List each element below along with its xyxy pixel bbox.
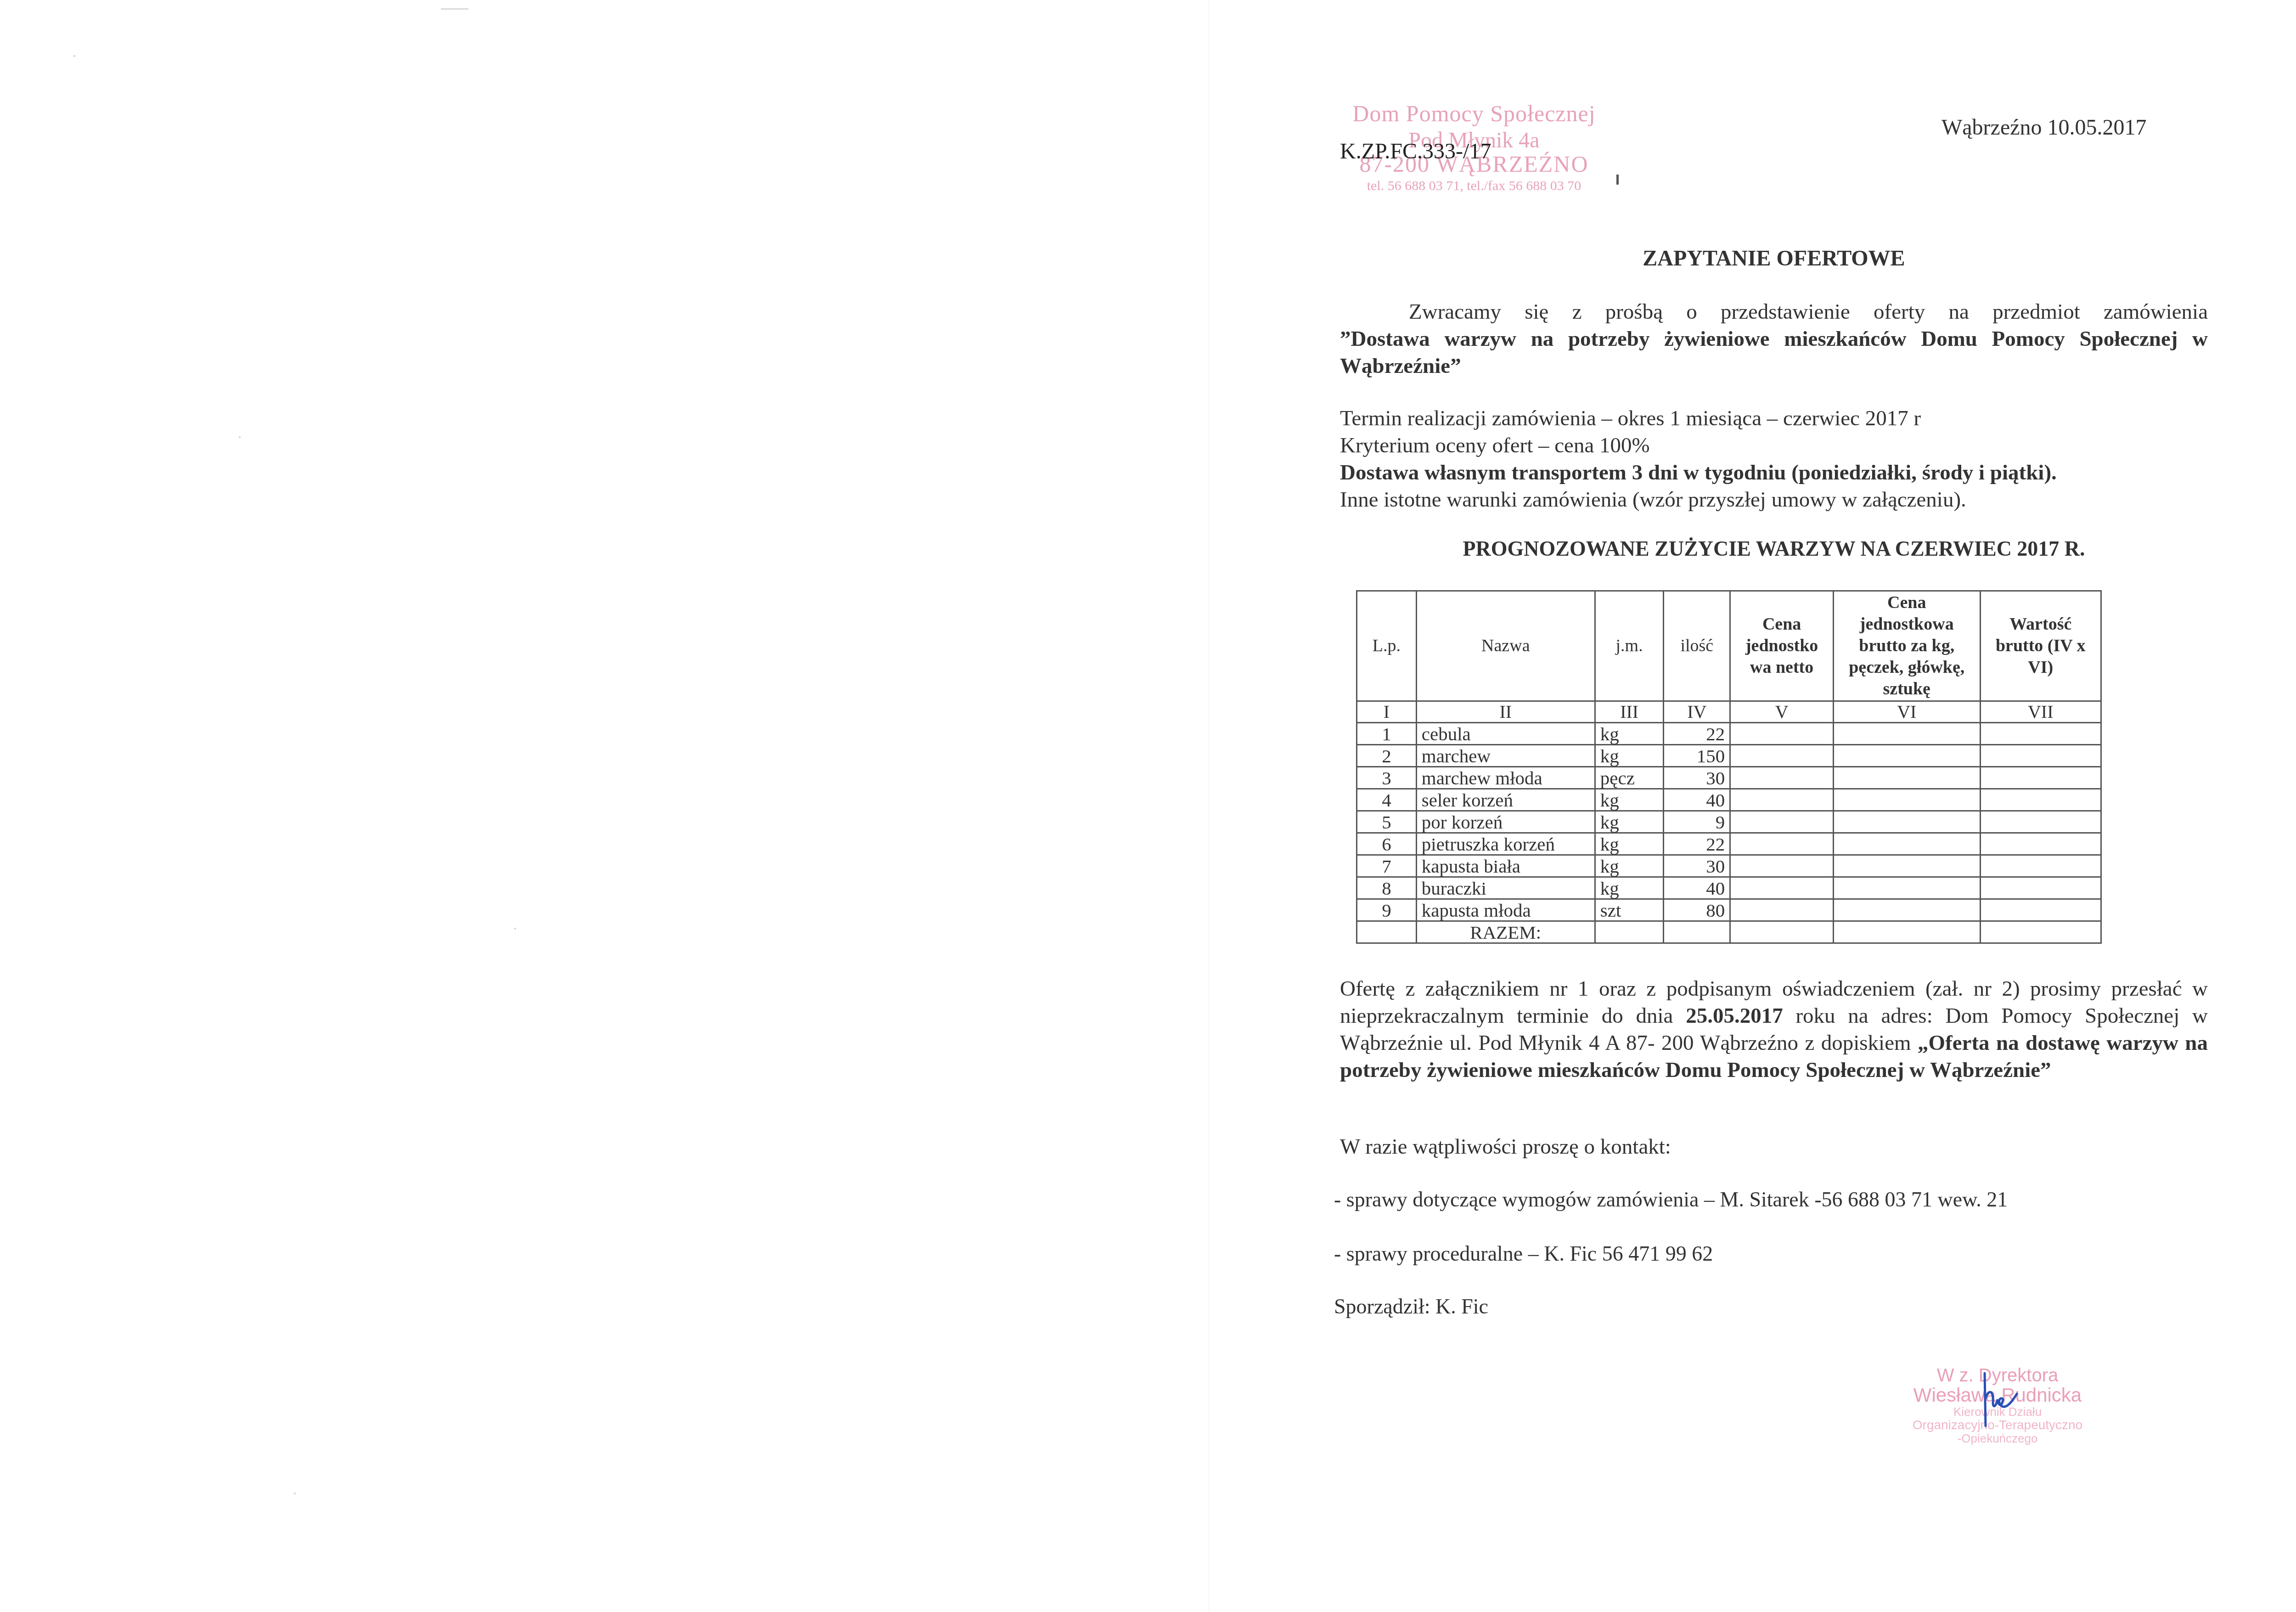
contact-procedural: - sprawy proceduralne – K. Fic 56 471 99… xyxy=(1334,1241,1713,1266)
order-subject: ”Dostawa warzyw na potrzeby żywieniowe m… xyxy=(1340,326,2208,380)
total-cell-empty xyxy=(1357,921,1417,943)
intro-text: Zwracamy się z prośbą o przedstawienie o… xyxy=(1340,299,2208,326)
header-net-price: Cena jednostko wa netto xyxy=(1730,591,1834,701)
document-title: ZAPYTANIE OFERTOWE xyxy=(1340,246,2208,271)
net-price-cell[interactable] xyxy=(1730,745,1834,767)
header-qty: ilość xyxy=(1664,591,1730,701)
item-name: marchew młoda xyxy=(1416,767,1595,789)
item-unit: pęcz xyxy=(1595,767,1664,789)
scan-speck xyxy=(514,928,516,930)
stamp-line: Dom Pomocy Społecznej xyxy=(1332,102,1616,125)
row-number: 7 xyxy=(1357,855,1417,877)
total-cell-empty xyxy=(1730,921,1834,943)
column-number: VI xyxy=(1833,701,1980,723)
table-row: 6pietruszka korzeńkg22 xyxy=(1357,833,2101,855)
vegetable-consumption-table: L.p. Nazwa j.m. ilość Cena jednostko wa … xyxy=(1356,590,2102,944)
gross-value-cell[interactable] xyxy=(1980,877,2101,899)
item-unit: kg xyxy=(1595,723,1664,745)
contact-intro: W razie wątpliwości proszę o kontakt: xyxy=(1340,1133,2208,1161)
gross-price-cell[interactable] xyxy=(1833,877,1980,899)
item-unit: kg xyxy=(1595,877,1664,899)
net-price-cell[interactable] xyxy=(1730,877,1834,899)
item-unit: kg xyxy=(1595,789,1664,811)
table-row: 9kapusta młodaszt80 xyxy=(1357,899,2101,921)
net-price-cell[interactable] xyxy=(1730,789,1834,811)
scan-speck xyxy=(441,8,468,10)
delivery-term: Termin realizacji zamówienia – okres 1 m… xyxy=(1340,405,2208,432)
table-header-row: L.p. Nazwa j.m. ilość Cena jednostko wa … xyxy=(1357,591,2101,701)
item-name: buraczki xyxy=(1416,877,1595,899)
net-price-cell[interactable] xyxy=(1730,723,1834,745)
gross-price-cell[interactable] xyxy=(1833,789,1980,811)
table-body: 1cebulakg222marchewkg1503marchew młodapę… xyxy=(1357,723,2101,921)
row-number: 5 xyxy=(1357,811,1417,833)
gross-price-cell[interactable] xyxy=(1833,855,1980,877)
table-title: PROGNOZOWANE ZUŻYCIE WARZYW NA CZERWIEC … xyxy=(1340,536,2208,561)
item-unit: kg xyxy=(1595,855,1664,877)
table-row: 8buraczkikg40 xyxy=(1357,877,2101,899)
item-name: cebula xyxy=(1416,723,1595,745)
item-name: kapusta młoda xyxy=(1416,899,1595,921)
table-total-row: RAZEM: xyxy=(1357,921,2101,943)
column-number: VII xyxy=(1980,701,2101,723)
other-conditions: Inne istotne warunki zamówienia (wzór pr… xyxy=(1340,486,2208,513)
scan-speck xyxy=(239,436,241,438)
net-price-cell[interactable] xyxy=(1730,767,1834,789)
column-number: IV xyxy=(1664,701,1730,723)
table-row: 4seler korzeńkg40 xyxy=(1357,789,2101,811)
total-gross-value[interactable] xyxy=(1980,921,2101,943)
header-gross-value: Wartość brutto (IV x VI) xyxy=(1980,591,2101,701)
stamp-line: tel. 56 688 03 71, tel./fax 56 688 03 70 xyxy=(1332,179,1616,193)
gross-value-cell[interactable] xyxy=(1980,745,2101,767)
row-number: 4 xyxy=(1357,789,1417,811)
net-price-cell[interactable] xyxy=(1730,833,1834,855)
item-quantity: 80 xyxy=(1664,899,1730,921)
table-row: 1cebulakg22 xyxy=(1357,723,2101,745)
scan-speck xyxy=(294,1493,296,1494)
item-unit: kg xyxy=(1595,745,1664,767)
header-name: Nazwa xyxy=(1416,591,1595,701)
net-price-cell[interactable] xyxy=(1730,855,1834,877)
item-quantity: 22 xyxy=(1664,833,1730,855)
table-row: 7kapusta białakg30 xyxy=(1357,855,2101,877)
item-quantity: 30 xyxy=(1664,767,1730,789)
row-number: 9 xyxy=(1357,899,1417,921)
total-cell-empty xyxy=(1664,921,1730,943)
item-quantity: 40 xyxy=(1664,877,1730,899)
gross-price-cell[interactable] xyxy=(1833,723,1980,745)
gross-price-cell[interactable] xyxy=(1833,899,1980,921)
item-unit: kg xyxy=(1595,833,1664,855)
contact-requirements: - sprawy dotyczące wymogów zamówienia – … xyxy=(1334,1187,2008,1212)
gross-value-cell[interactable] xyxy=(1980,855,2101,877)
column-number: I xyxy=(1357,701,1417,723)
gross-value-cell[interactable] xyxy=(1980,811,2101,833)
total-label: RAZEM: xyxy=(1416,921,1595,943)
table-row: 3marchew młodapęcz30 xyxy=(1357,767,2101,789)
net-price-cell[interactable] xyxy=(1730,811,1834,833)
gross-value-cell[interactable] xyxy=(1980,723,2101,745)
row-number: 3 xyxy=(1357,767,1417,789)
item-name: pietruszka korzeń xyxy=(1416,833,1595,855)
header-lp: L.p. xyxy=(1357,591,1417,701)
item-quantity: 22 xyxy=(1664,723,1730,745)
column-number: III xyxy=(1595,701,1664,723)
item-name: marchew xyxy=(1416,745,1595,767)
row-number: 6 xyxy=(1357,833,1417,855)
row-number: 8 xyxy=(1357,877,1417,899)
scan-speck xyxy=(73,55,75,57)
gross-value-cell[interactable] xyxy=(1980,899,2101,921)
net-price-cell[interactable] xyxy=(1730,899,1834,921)
gross-value-cell[interactable] xyxy=(1980,789,2101,811)
column-number: V xyxy=(1730,701,1834,723)
gross-price-cell[interactable] xyxy=(1833,745,1980,767)
table-row: 2marchewkg150 xyxy=(1357,745,2101,767)
item-quantity: 30 xyxy=(1664,855,1730,877)
row-number: 2 xyxy=(1357,745,1417,767)
prepared-by: Sporządził: K. Fic xyxy=(1334,1294,1488,1319)
scan-mark xyxy=(1616,175,1619,185)
row-number: 1 xyxy=(1357,723,1417,745)
reference-number: K.ZP.FC.333-/17 xyxy=(1340,139,1491,164)
delivery-method: Dostawa własnym transportem 3 dni w tygo… xyxy=(1340,459,2208,486)
total-cell-empty xyxy=(1833,921,1980,943)
evaluation-criterion: Kryterium oceny ofert – cena 100% xyxy=(1340,432,2208,459)
column-number-row: I II III IV V VI VII xyxy=(1357,701,2101,723)
header-gross-price: Cena jednostkowa brutto za kg, pęczek, g… xyxy=(1833,591,1980,701)
gross-price-cell[interactable] xyxy=(1833,811,1980,833)
submission-deadline: 25.05.2017 xyxy=(1686,1004,1783,1028)
item-quantity: 150 xyxy=(1664,745,1730,767)
intro-paragraph: Zwracamy się z prośbą o przedstawienie o… xyxy=(1340,299,2208,380)
place-date: Wąbrzeźno 10.05.2017 xyxy=(1941,115,2147,140)
gross-price-cell[interactable] xyxy=(1833,767,1980,789)
header-unit: j.m. xyxy=(1595,591,1664,701)
table-row: 5por korzeńkg9 xyxy=(1357,811,2101,833)
handwritten-signature-icon xyxy=(1979,1371,2020,1435)
gross-value-cell[interactable] xyxy=(1980,833,2101,855)
submission-paragraph: Ofertę z załącznikiem nr 1 oraz z podpis… xyxy=(1340,975,2208,1084)
conditions: Termin realizacji zamówienia – okres 1 m… xyxy=(1340,405,2208,513)
item-unit: kg xyxy=(1595,811,1664,833)
item-name: seler korzeń xyxy=(1416,789,1595,811)
gross-value-cell[interactable] xyxy=(1980,767,2101,789)
item-name: por korzeń xyxy=(1416,811,1595,833)
item-quantity: 9 xyxy=(1664,811,1730,833)
gross-price-cell[interactable] xyxy=(1833,833,1980,855)
scan-page-edge xyxy=(1209,0,1209,1612)
item-unit: szt xyxy=(1595,899,1664,921)
total-cell-empty xyxy=(1595,921,1664,943)
item-quantity: 40 xyxy=(1664,789,1730,811)
column-number: II xyxy=(1416,701,1595,723)
item-name: kapusta biała xyxy=(1416,855,1595,877)
